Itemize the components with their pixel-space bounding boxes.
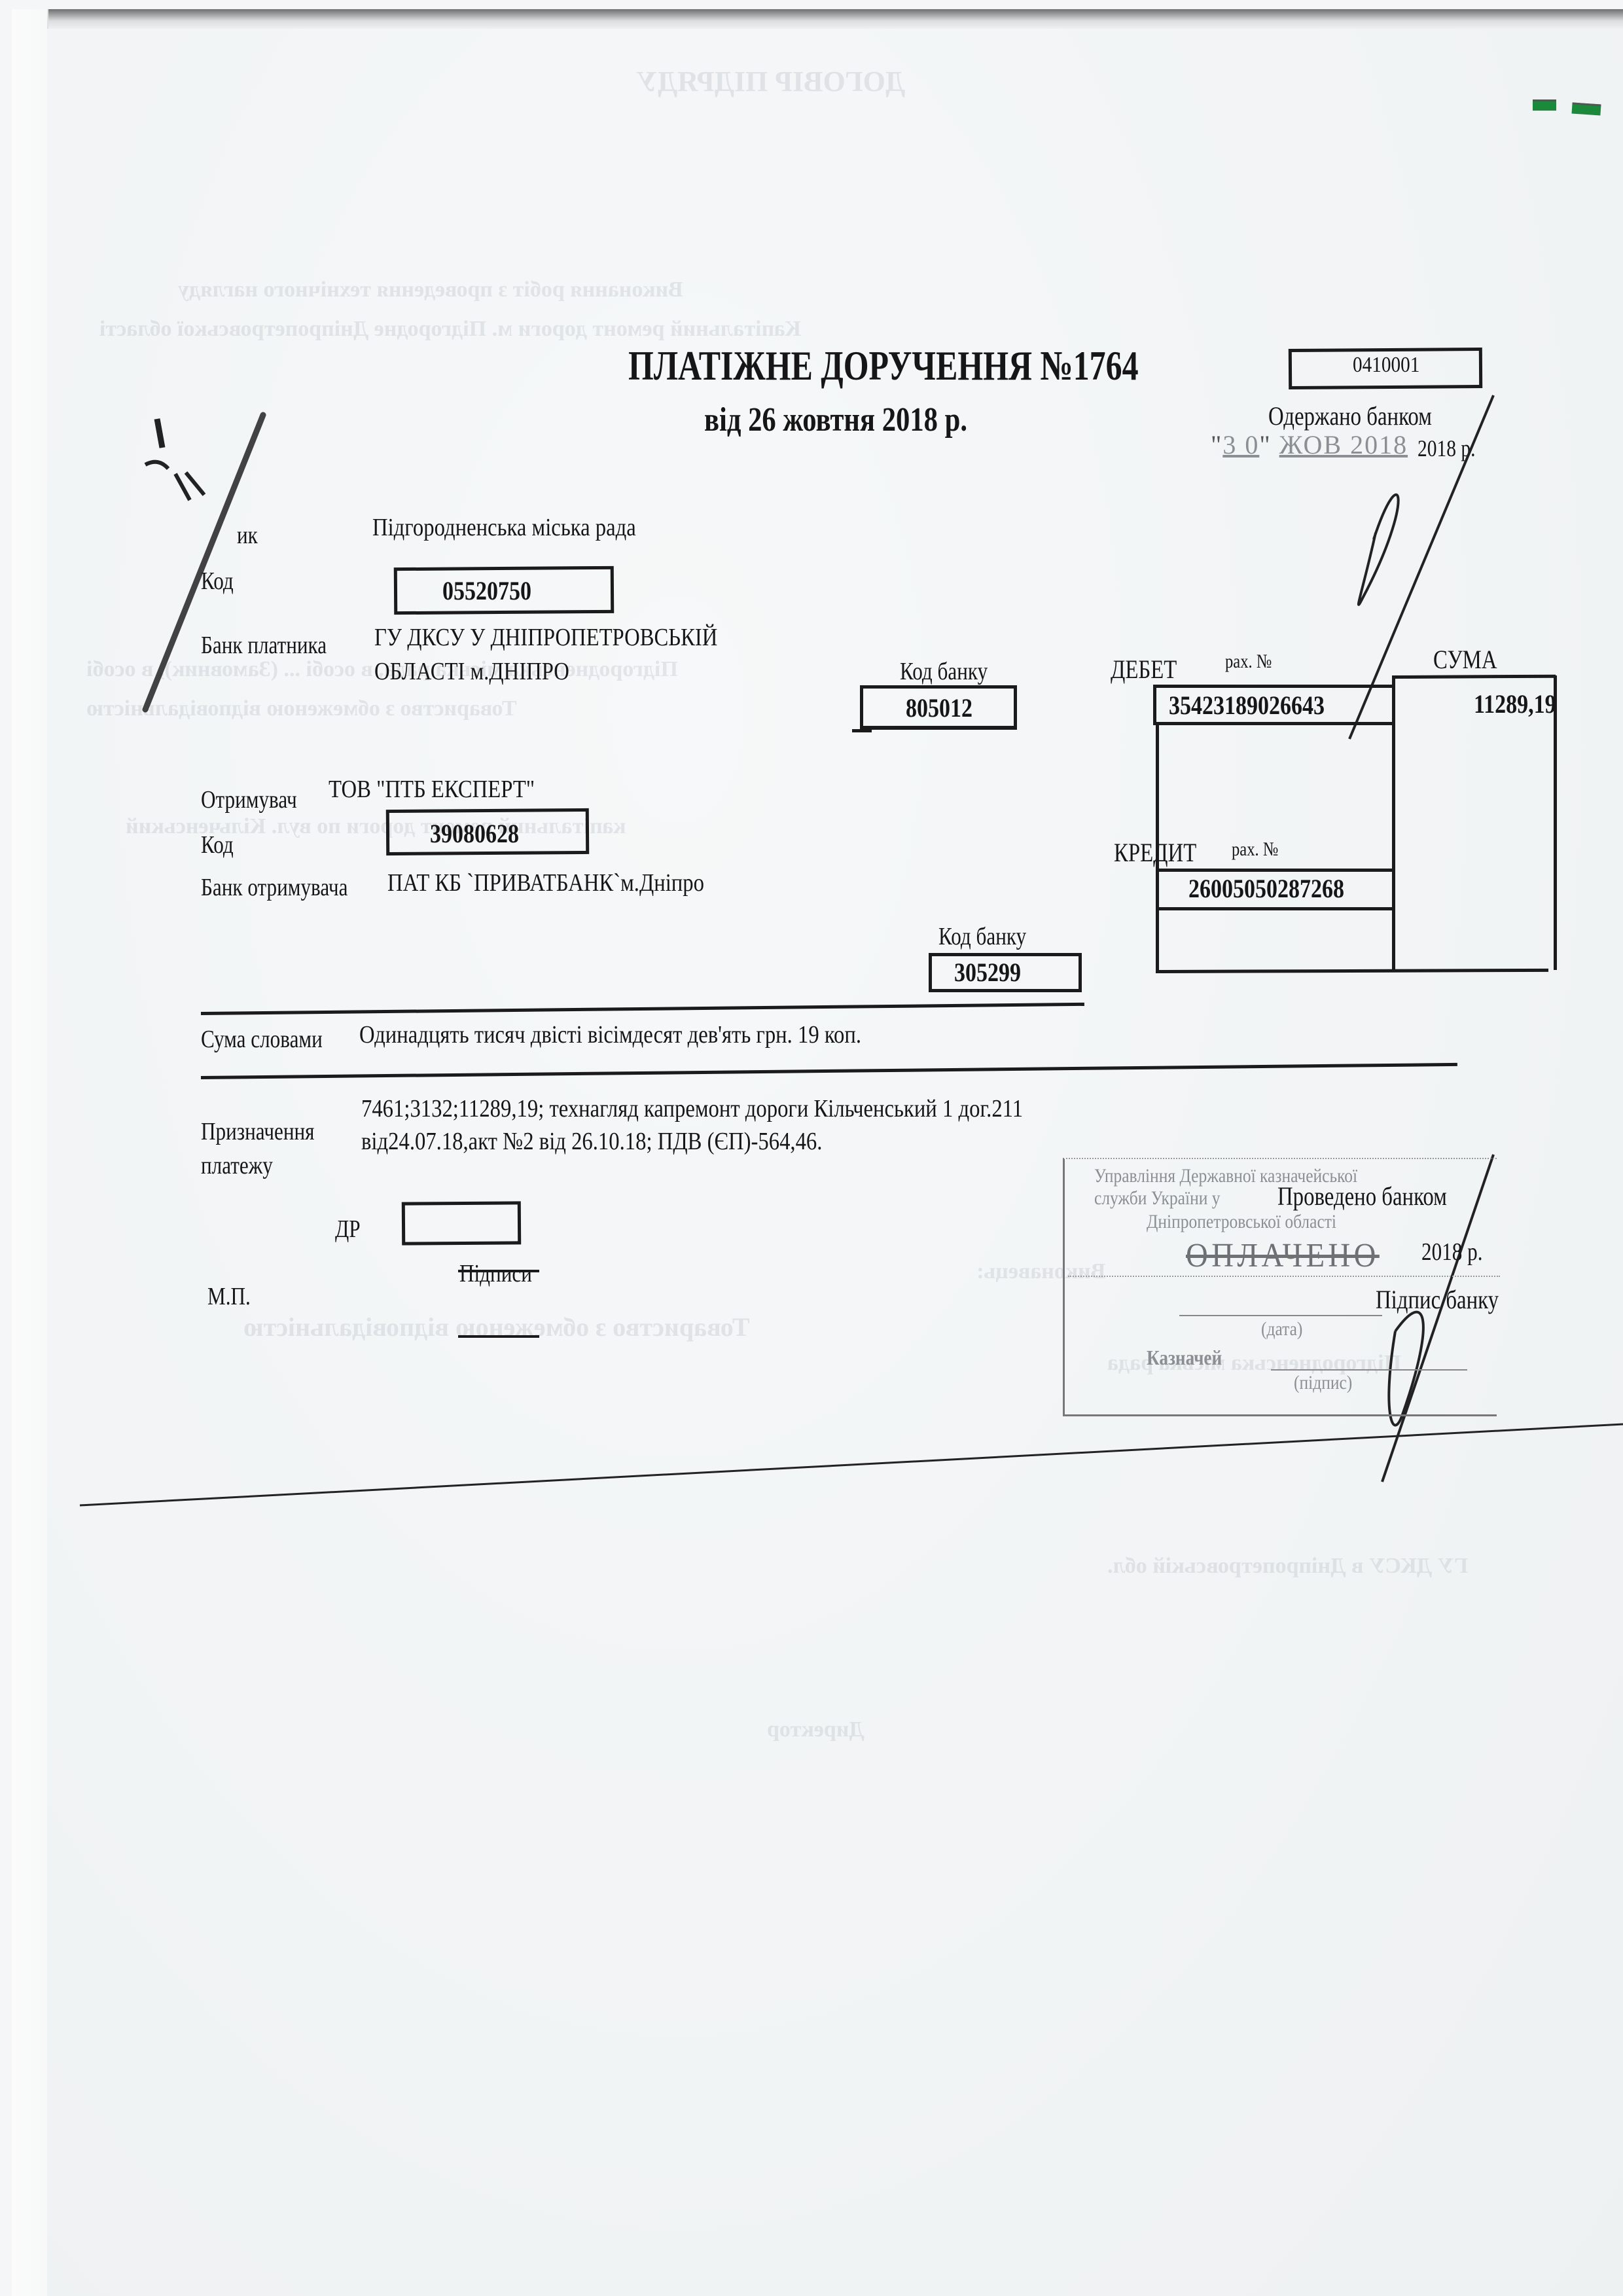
purpose-label-line2: платежу bbox=[201, 1151, 273, 1180]
payer-label: ик bbox=[237, 521, 258, 550]
debit-account-label: рах. № bbox=[1225, 651, 1272, 673]
amount-box-right bbox=[1554, 675, 1557, 970]
stamp-org-line2: служби України у bbox=[1094, 1187, 1221, 1210]
scan-edge-margin bbox=[12, 9, 48, 2296]
recipient-bank-code-label: Код банку bbox=[938, 922, 1026, 951]
processed-year: 2018 р. bbox=[1421, 1238, 1482, 1266]
amount-value: 11289,19 bbox=[1474, 689, 1556, 719]
payer-bank-label: Банк платника bbox=[201, 631, 327, 660]
credit-label: КРЕДИТ bbox=[1114, 837, 1196, 868]
payment-order-page: ДОГОВІР ПІДРЯДУ Виконання робіт з провед… bbox=[47, 29, 1623, 2296]
scan-edge-shadow bbox=[13, 9, 1623, 29]
stamp-org-line3: Дніпропетровської області bbox=[1147, 1211, 1336, 1233]
payer-bank-code: 805012 bbox=[906, 692, 972, 723]
date-line bbox=[1179, 1315, 1382, 1316]
purpose-line1: 7461;3132;11289,19; технагляд капремонт … bbox=[361, 1094, 1023, 1123]
purpose-label-line1: Призначення bbox=[201, 1117, 315, 1146]
debit-account: 35423189026643 bbox=[1169, 690, 1325, 721]
processed-by-bank-label: Проведено банком bbox=[1277, 1181, 1447, 1211]
signature-line bbox=[458, 1270, 539, 1272]
payer-code: 05520750 bbox=[442, 575, 531, 606]
signatures-label: Підписи bbox=[459, 1259, 532, 1288]
signature-caption: (підпис) bbox=[1294, 1372, 1352, 1394]
divider-line bbox=[852, 729, 872, 732]
payer-code-label: Код bbox=[201, 567, 234, 596]
debit-label: ДЕБЕТ bbox=[1111, 654, 1177, 685]
recipient-code-label: Код bbox=[201, 831, 234, 859]
dr-label: ДР bbox=[335, 1215, 361, 1244]
payer-bank-line2: ОБЛАСТІ м.ДНІПРО bbox=[374, 657, 569, 686]
date-caption: (дата) bbox=[1261, 1318, 1302, 1340]
recipient-bank-name: ПАТ КБ `ПРИВАТБАНК`м.Дніпро bbox=[387, 869, 704, 897]
signature-line bbox=[458, 1335, 539, 1338]
purpose-line2: від24.07.18,акт №2 від 26.10.18; ПДВ (ЄП… bbox=[361, 1127, 822, 1156]
paid-stamp-status: ОПЛАЧЕНО bbox=[1186, 1236, 1380, 1275]
amount-words: Одинадцять тисяч двісті вісімдесят дев'я… bbox=[359, 1020, 861, 1049]
payer-bank-code-label: Код банку bbox=[900, 657, 988, 686]
recipient-bank-code: 305299 bbox=[954, 957, 1021, 988]
payer-bank-line1: ГУ ДКСУ У ДНІПРОПЕТРОВСЬКІЙ bbox=[374, 623, 717, 652]
amount-words-label: Сума словами bbox=[201, 1025, 323, 1054]
treasurer-label: Казначей bbox=[1147, 1346, 1222, 1370]
credit-account: 26005050287268 bbox=[1188, 873, 1344, 904]
recipient-label: Отримувач bbox=[201, 785, 297, 814]
recipient-code: 39080628 bbox=[430, 818, 519, 849]
stamp-divider bbox=[1068, 1276, 1500, 1277]
column-border bbox=[1392, 678, 1395, 971]
credit-box-top bbox=[1156, 869, 1394, 872]
payer-name: Підгородненська міська рада bbox=[372, 513, 636, 542]
credit-box-bottom bbox=[1156, 907, 1394, 910]
dr-box bbox=[402, 1201, 521, 1245]
treasurer-signature-line bbox=[1271, 1369, 1467, 1371]
amount-label: СУМА bbox=[1433, 644, 1497, 675]
bank-signature-label: Підпис банку bbox=[1376, 1284, 1499, 1315]
recipient-bank-label: Банк отримувача bbox=[201, 873, 348, 902]
seal-label: М.П. bbox=[207, 1282, 251, 1311]
credit-account-label: рах. № bbox=[1232, 838, 1278, 861]
recipient-name: ТОВ "ПТБ ЕКСПЕРТ" bbox=[329, 775, 535, 804]
